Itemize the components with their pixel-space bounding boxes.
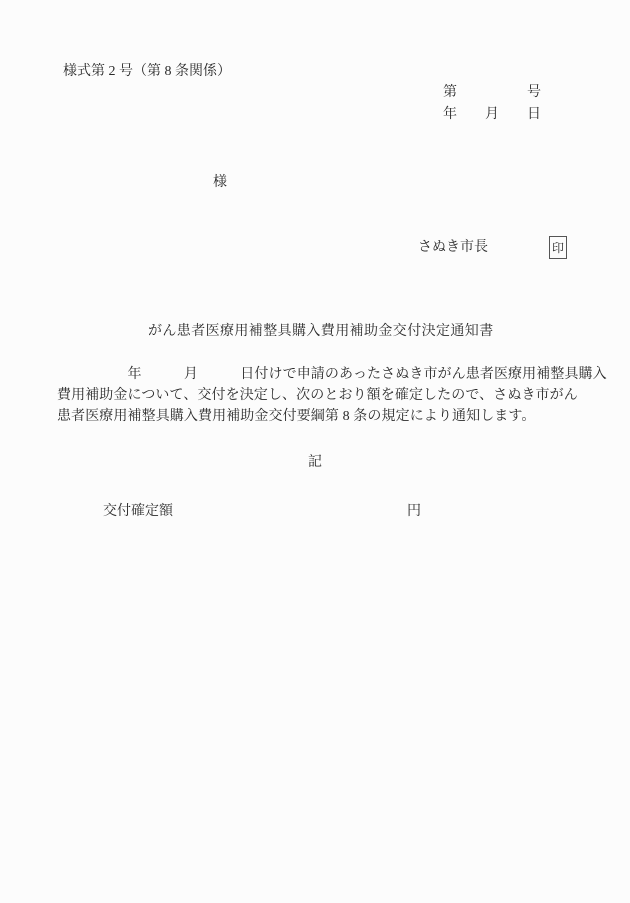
document-page: { "document": { "form_number": "様式第 2 号（… [0, 0, 630, 903]
record-marker: 記 [0, 455, 630, 471]
amount-row: 交付確定額 円 [0, 500, 630, 518]
sender-name: さぬき市長 [418, 240, 488, 256]
date-line: 年 月 日 [443, 107, 541, 123]
amount-label: 交付確定額 [103, 500, 173, 520]
body-line-3: 患者医療用補整具購入費用補助金交付要綱第 8 条の規定により通知します。 [57, 406, 597, 427]
body-line-2: 費用補助金について、交付を決定し、次のとおり額を確定したので、さぬき市がん [57, 385, 597, 406]
amount-value-blank [180, 500, 400, 516]
body-paragraph: 年 月 日付けで申請のあったさぬき市がん患者医療用補整具購入 費用補助金について… [57, 364, 597, 427]
body-line-1: 年 月 日付けで申請のあったさぬき市がん患者医療用補整具購入 [57, 364, 597, 385]
addressee-honorific: 様 [213, 175, 227, 191]
document-title: がん患者医療用補整具購入費用補助金交付決定通知書 [148, 324, 494, 340]
amount-unit: 円 [407, 500, 421, 520]
form-number: 様式第 2 号（第 8 条関係） [63, 64, 231, 80]
official-seal-placeholder: 印 [549, 236, 567, 259]
seal-character: 印 [552, 242, 564, 254]
document-number-line: 第 号 [443, 85, 541, 101]
